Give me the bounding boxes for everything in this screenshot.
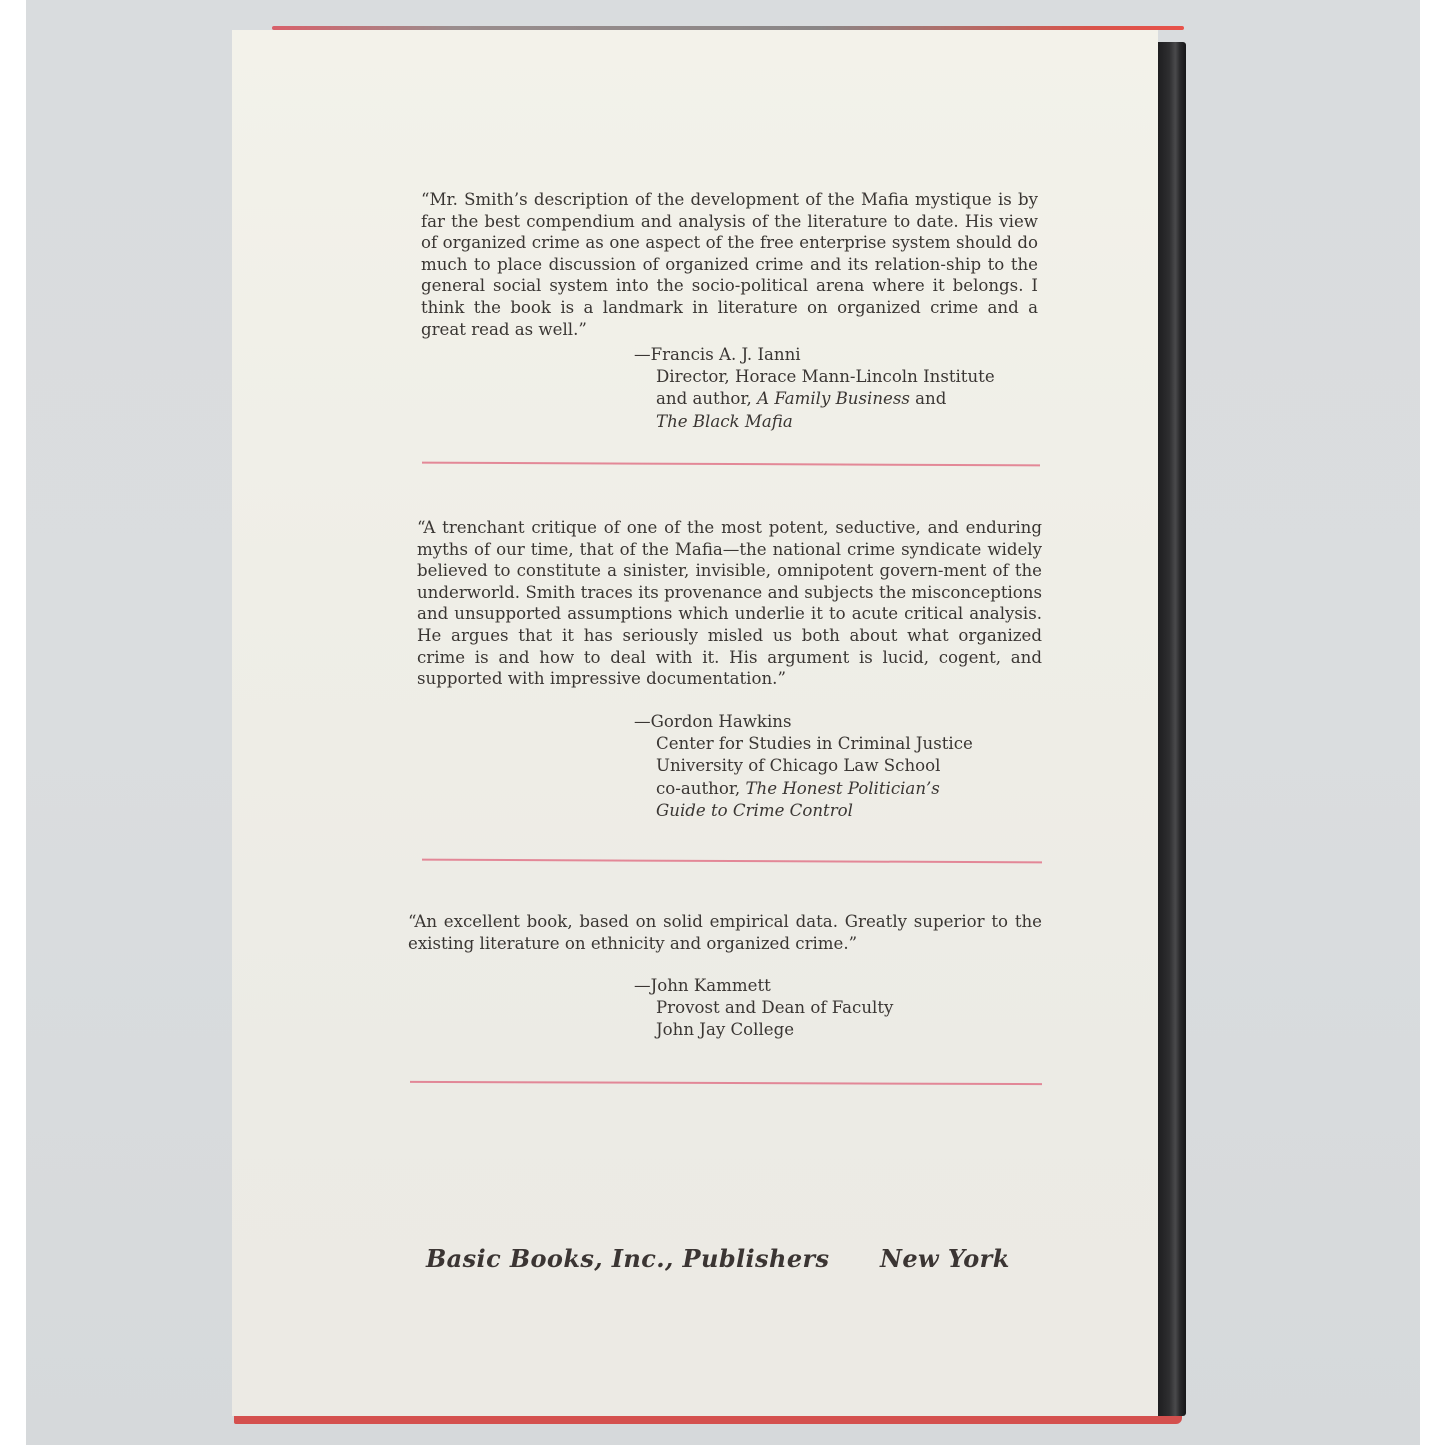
reviewer-credential: Provost and Dean of Faculty xyxy=(656,997,893,1019)
reviewer-credential: Director, Horace Mann-Lincoln Institute xyxy=(656,366,995,388)
book-title: The Honest Politician’s xyxy=(745,779,939,798)
review-quote-3: “An excellent book, based on solid empir… xyxy=(408,911,1042,954)
reviewer-name: —Gordon Hawkins xyxy=(634,711,973,733)
reviewer-credential: and author, A Family Business and xyxy=(656,388,995,410)
book-back-cover: “Mr. Smith’s description of the developm… xyxy=(232,26,1188,1424)
book-spine xyxy=(1158,42,1186,1416)
book-title: The Black Mafia xyxy=(656,412,793,431)
review-attribution-3: —John Kammett Provost and Dean of Facult… xyxy=(656,975,893,1042)
review-quote-1: “Mr. Smith’s description of the developm… xyxy=(421,189,1038,340)
reviewer-credential: Guide to Crime Control xyxy=(656,800,973,822)
publisher-name: Basic Books, Inc., Publishers xyxy=(426,1244,829,1273)
dust-jacket: “Mr. Smith’s description of the developm… xyxy=(232,30,1158,1416)
divider-rule xyxy=(410,1081,1042,1085)
review-attribution-2: —Gordon Hawkins Center for Studies in Cr… xyxy=(656,711,973,822)
book-title: Guide to Crime Control xyxy=(656,801,853,820)
publisher-imprint: Basic Books, Inc., Publishers New York xyxy=(426,1244,1016,1273)
reviewer-name: —Francis A. J. Ianni xyxy=(634,344,995,366)
divider-rule xyxy=(422,859,1042,864)
reviewer-credential: University of Chicago Law School xyxy=(656,755,973,777)
publisher-city: New York xyxy=(880,1244,1010,1273)
book-title: A Family Business xyxy=(757,389,910,408)
cover-board-bottom-edge xyxy=(234,1416,1182,1424)
reviewer-credential: The Black Mafia xyxy=(656,411,995,433)
reviewer-credential: John Jay College xyxy=(656,1019,893,1041)
reviewer-credential: Center for Studies in Criminal Justice xyxy=(656,733,973,755)
jacket-content: “Mr. Smith’s description of the developm… xyxy=(232,30,1158,1416)
review-attribution-1: —Francis A. J. Ianni Director, Horace Ma… xyxy=(656,344,995,433)
divider-rule xyxy=(422,462,1040,467)
reviewer-name: —John Kammett xyxy=(634,975,893,997)
reviewer-credential: co-author, The Honest Politician’s xyxy=(656,778,973,800)
review-quote-2: “A trenchant critique of one of the most… xyxy=(417,517,1042,690)
